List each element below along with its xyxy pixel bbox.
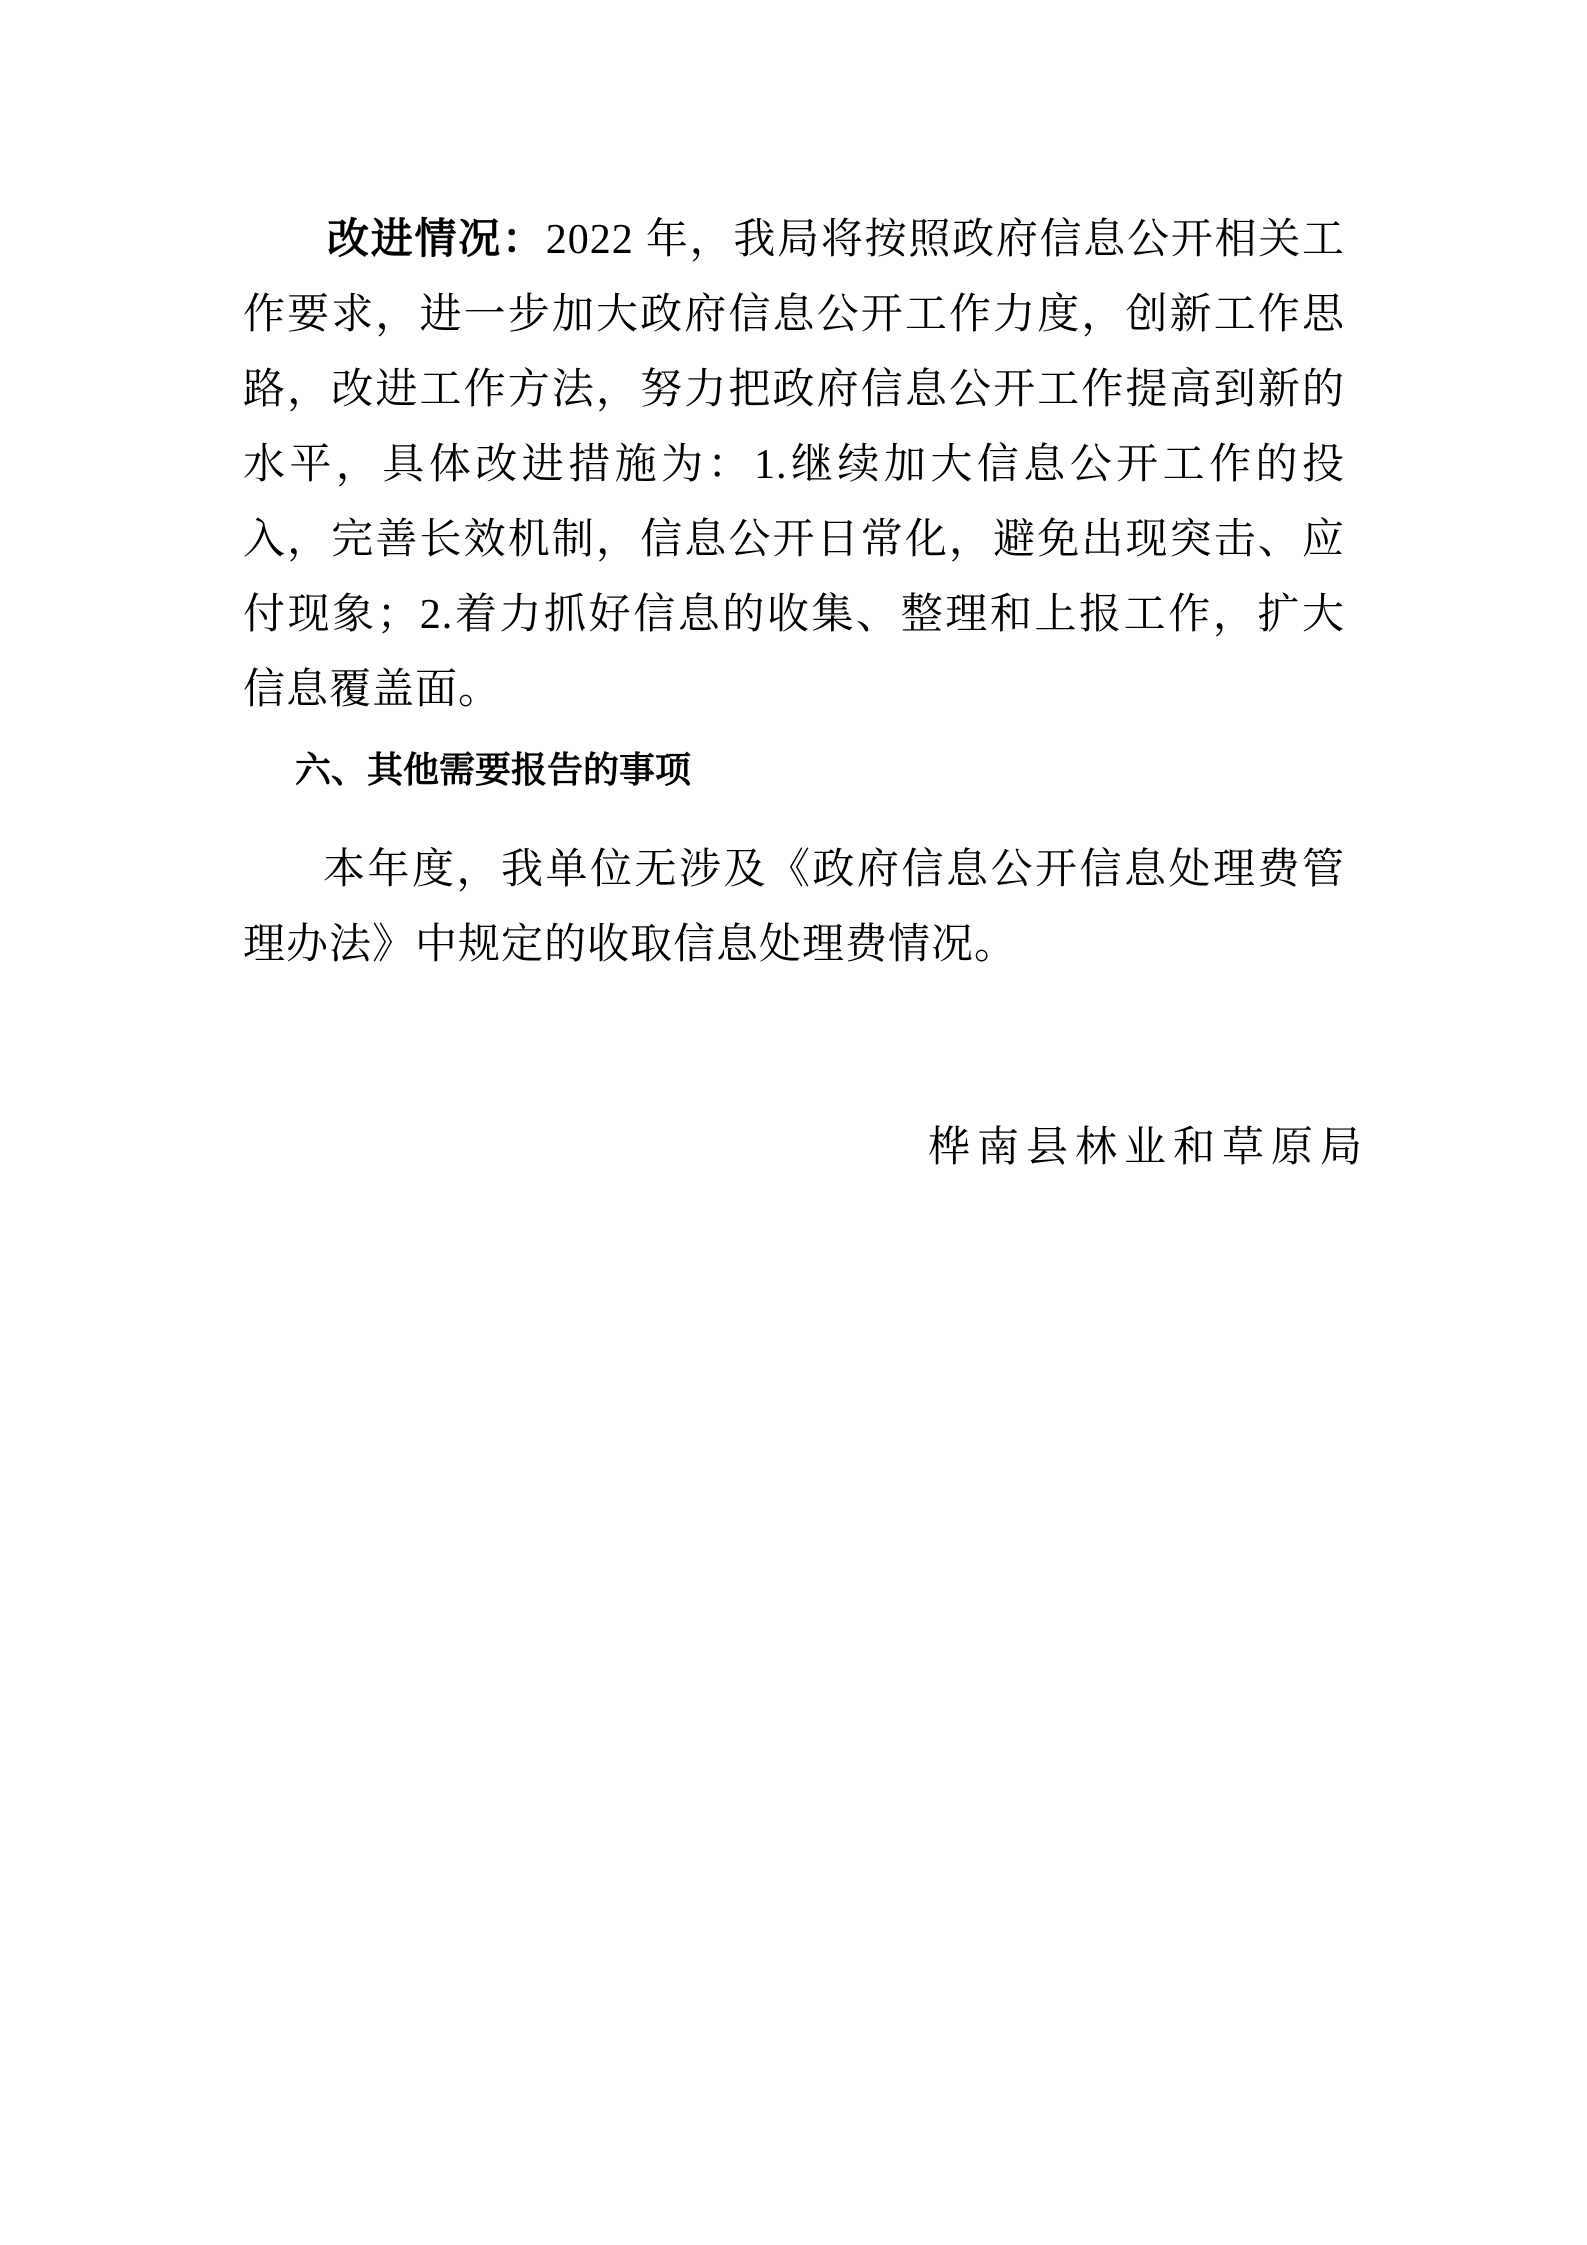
- document-page: 改进情况：2022 年，我局将按照政府信息公开相关工作要求，进一步加大政府信息公…: [0, 0, 1587, 2245]
- improvement-lead-label: 改进情况：: [327, 217, 546, 263]
- document-content: 改进情况：2022 年，我局将按照政府信息公开相关工作要求，进一步加大政府信息公…: [243, 0, 1345, 1186]
- improvement-paragraph: 改进情况：2022 年，我局将按照政府信息公开相关工作要求，进一步加大政府信息公…: [243, 203, 1345, 728]
- signature-agency-name: 桦南县林业和草原局: [243, 1111, 1369, 1186]
- improvement-body-text: 2022 年，我局将按照政府信息公开相关工作要求，进一步加大政府信息公开工作力度…: [243, 217, 1345, 713]
- fee-statement-paragraph: 本年度，我单位无涉及《政府信息公开信息处理费管理办法》中规定的收取信息处理费情况…: [243, 833, 1345, 983]
- section-heading-other-matters: 六、其他需要报告的事项: [243, 748, 1345, 792]
